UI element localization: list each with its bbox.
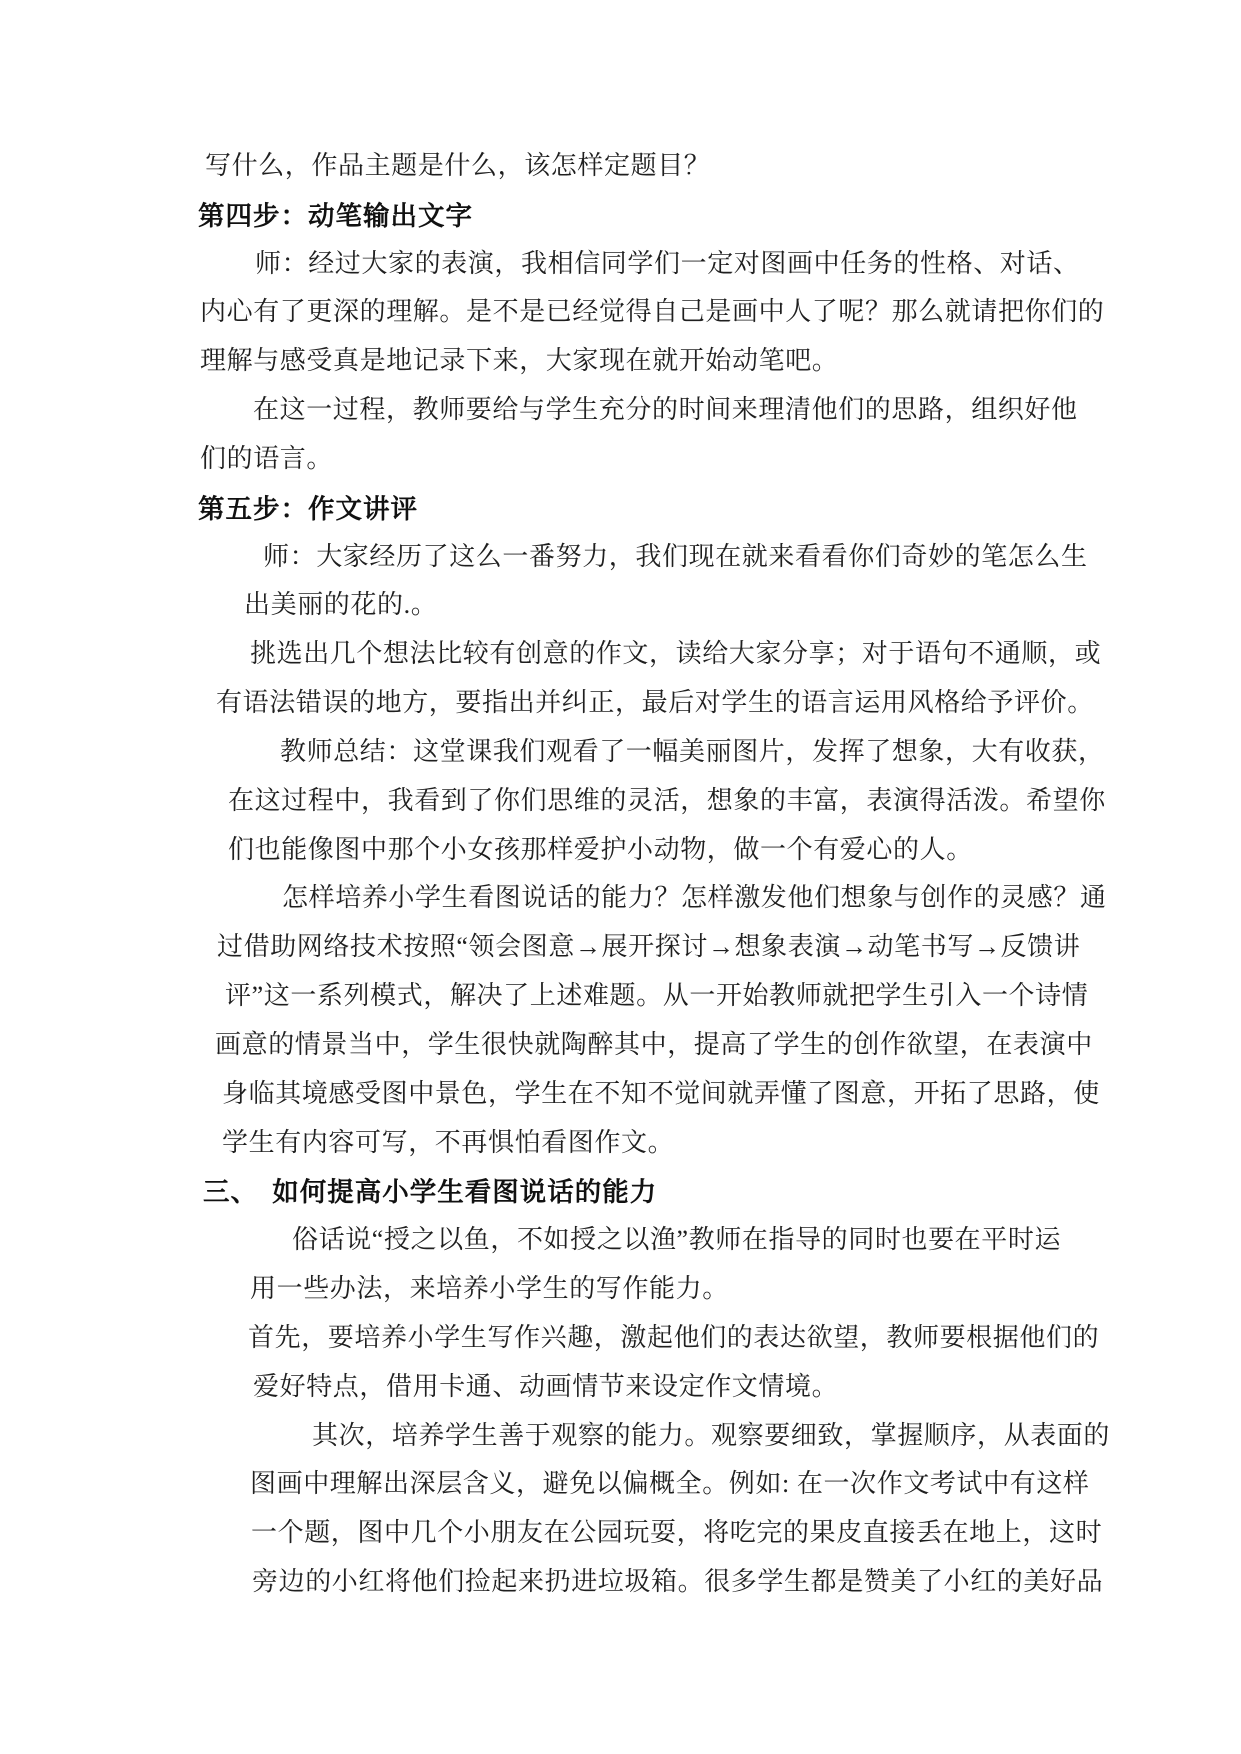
- text-line: 理解与感受真是地记录下来，大家现在就开始动笔吧。: [200, 340, 838, 377]
- text-line: 学生有内容可写，不再惧怕看图作文。: [222, 1122, 674, 1159]
- text-line: 爱好特点，借用卡通、动画情节来设定作文情境。: [253, 1366, 838, 1403]
- text-line: 评”这一系列模式，解决了上述难题。从一开始教师就把学生引入一个诗情: [225, 975, 1088, 1012]
- heading-line: 第五步：作文讲评: [198, 487, 418, 526]
- text-line: 写什么，作品主题是什么，该怎样定题目？: [205, 145, 710, 182]
- text-line: 挑选出几个想法比较有创意的作文，读给大家分享；对于语句不通顺，或: [250, 633, 1101, 670]
- text-line: 们的语言。: [200, 438, 333, 475]
- text-line: 怎样培养小学生看图说话的能力？怎样激发他们想象与创作的灵感？通: [282, 877, 1107, 914]
- document-text-block: 写什么，作品主题是什么，该怎样定题目？第四步：动笔输出文字师：经过大家的表演，我…: [0, 0, 1241, 1754]
- text-line: 其次，培养学生善于观察的能力。观察要细致，掌握顺序，从表面的: [312, 1415, 1110, 1452]
- text-line: 旁边的小红将他们捡起来扔进垃圾箱。很多学生都是赞美了小红的美好品: [252, 1561, 1103, 1598]
- heading-line: 第四步：动笔输出文字: [198, 194, 473, 233]
- text-line: 俗话说“授之以鱼，不如授之以渔”教师在指导的同时也要在平时运: [292, 1219, 1061, 1256]
- heading-line: 三、 如何提高小学生看图说话的能力: [203, 1170, 657, 1209]
- text-line: 在这过程中，我看到了你们思维的灵活，想象的丰富，表演得活泼。希望你: [228, 780, 1106, 817]
- text-line: 身临其境感受图中景色，学生在不知不觉间就弄懂了图意，开拓了思路，使: [222, 1073, 1100, 1110]
- text-line: 们也能像图中那个小女孩那样爱护小动物，做一个有爱心的人。: [228, 829, 973, 866]
- text-line: 师：经过大家的表演，我相信同学们一定对图画中任务的性格、对话、: [255, 243, 1080, 280]
- text-line: 用一些办法，来培养小学生的写作能力。: [250, 1268, 729, 1305]
- document-page: 写什么，作品主题是什么，该怎样定题目？第四步：动笔输出文字师：经过大家的表演，我…: [0, 0, 1241, 1754]
- text-line: 内心有了更深的理解。是不是已经觉得自己是画中人了呢？那么就请把你们的: [200, 291, 1104, 328]
- text-line: 出美丽的花的.。: [244, 584, 437, 621]
- text-line: 在这一过程，教师要给与学生充分的时间来理清他们的思路，组织好他: [253, 389, 1078, 426]
- text-line: 师：大家经历了这么一番努力，我们现在就来看看你们奇妙的笔怎么生: [263, 536, 1088, 573]
- text-line: 图画中理解出深层含义，避免以偏概全。例如: 在一次作文考试中有这样: [250, 1463, 1090, 1500]
- text-line: 有语法错误的地方，要指出并纠正，最后对学生的语言运用风格给予评价。: [216, 682, 1094, 719]
- text-line: 首先，要培养小学生写作兴趣，激起他们的表达欲望，教师要根据他们的: [248, 1317, 1099, 1354]
- text-line: 一个题，图中几个小朋友在公园玩耍，将吃完的果皮直接丢在地上，这时: [251, 1512, 1102, 1549]
- text-line: 过借助网络技术按照“领会图意→展开探讨→想象表演→动笔书写→反馈讲: [217, 926, 1080, 963]
- text-line: 画意的情景当中，学生很快就陶醉其中，提高了学生的创作欲望，在表演中: [215, 1024, 1093, 1061]
- text-line: 教师总结：这堂课我们观看了一幅美丽图片，发挥了想象，大有收获，: [280, 731, 1105, 768]
